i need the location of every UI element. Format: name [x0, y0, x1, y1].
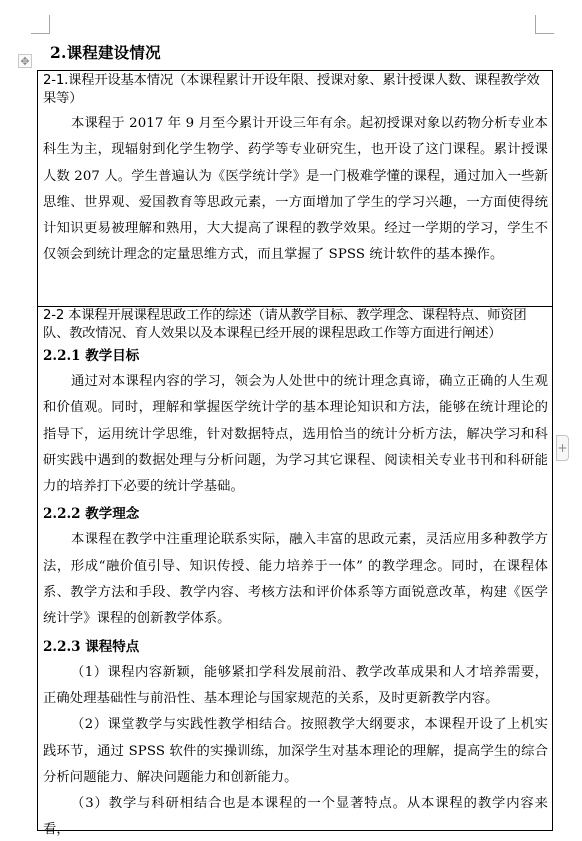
subheading-teaching-goals: 2.2.1 教学目标 [43, 344, 548, 369]
course-basics-paragraph: 本课程于 2017 年 9 月至今累计开设三年有余。起初授课对象以药物分析专业本… [43, 111, 548, 269]
table-move-handle-icon[interactable]: ✥ [18, 54, 32, 68]
table-row-ideological-summary[interactable]: 2-2 本课程开展课程思政工作的综述（请从教学目标、教学理念、课程特点、师资团队… [38, 307, 552, 841]
page-corner-mark-top-right [535, 15, 554, 34]
row-label-course-basics: 2-1.课程开设基本情况（本课程累计开设年限、授课对象、累计授课人数、课程教学效… [43, 72, 548, 107]
subheading-course-features: 2.2.3 课程特点 [43, 635, 548, 660]
page-corner-mark-top-left [31, 15, 50, 34]
subheading-teaching-philosophy: 2.2.2 教学理念 [43, 502, 548, 527]
content-table: 2-1.课程开设基本情况（本课程累计开设年限、授课对象、累计授课人数、课程教学效… [37, 70, 553, 831]
table-row-course-basics[interactable]: 2-1.课程开设基本情况（本课程累计开设年限、授课对象、累计授课人数、课程教学效… [38, 71, 552, 307]
section-heading: 2.课程建设情况 [50, 41, 161, 63]
teaching-philosophy-paragraph: 本课程在教学中注重理论联系实际，融入丰富的思政元素，灵活应用多种教学方法，形成“… [43, 527, 548, 632]
row-label-ideological-summary: 2-2 本课程开展课程思政工作的综述（请从教学目标、教学理念、课程特点、师资团队… [43, 307, 548, 342]
course-feature-item-1: （1）课程内容新颖，能够紧扣学科发展前沿、教学改革成果和人才培养需要，正确处理基… [43, 660, 548, 713]
add-row-plus-icon[interactable]: + [556, 435, 569, 461]
teaching-goals-paragraph: 通过对本课程内容的学习，领会为人处世中的统计理念真谛，确立正确的人生观和价值观。… [43, 369, 548, 500]
course-feature-item-2: （2）课堂教学与实践性教学相结合。按照教学大纲要求，本课程开设了上机实践环节，通… [43, 712, 548, 791]
course-feature-item-3: （3）教学与科研相结合也是本课程的一个显著特点。从本课程的教学内容来看， [43, 791, 548, 841]
